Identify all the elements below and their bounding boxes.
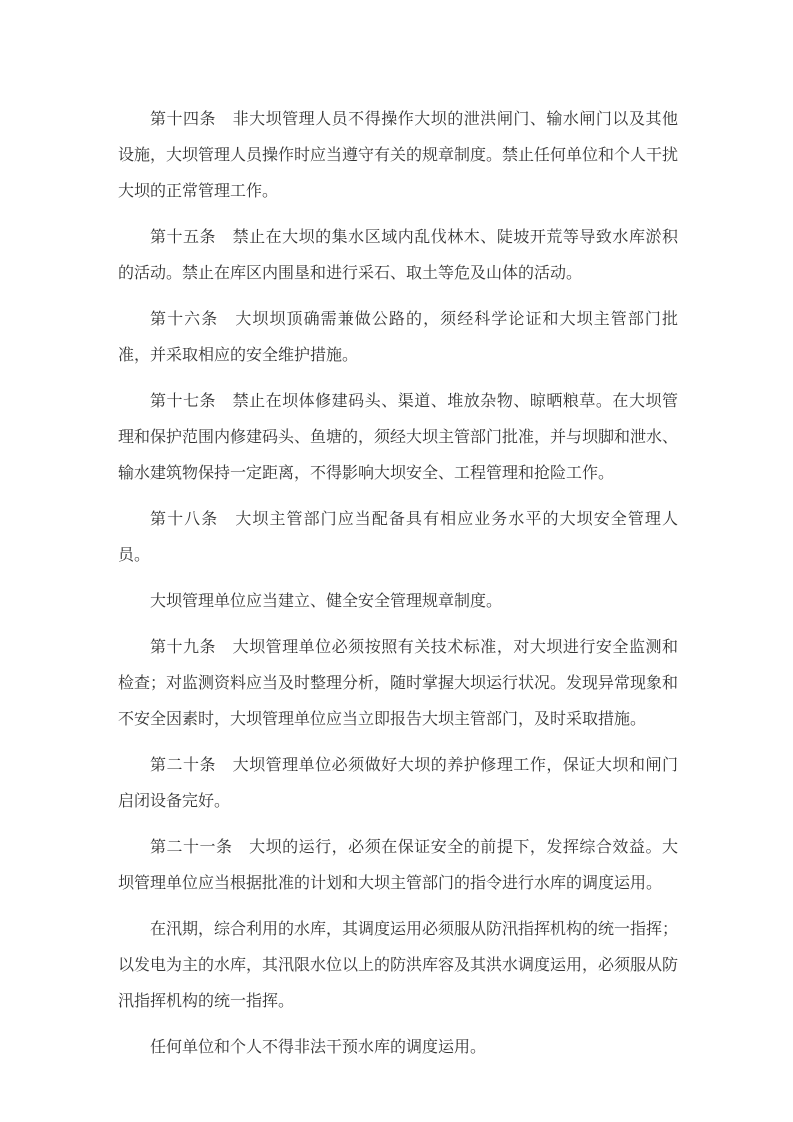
paragraph-article-14: 第十四条 非大坝管理人员不得操作大坝的泄洪闸门、输水闸门以及其他设施，大坝管理人… [118,102,678,210]
document-body: 第十四条 非大坝管理人员不得操作大坝的泄洪闸门、输水闸门以及其他设施，大坝管理人… [118,102,678,1066]
paragraph-article-19: 第十九条 大坝管理单位必须按照有关技术标准，对大坝进行安全监测和检查；对监测资料… [118,630,678,738]
paragraph-article-21-flood-season: 在汛期，综合利用的水库，其调度运用必须服从防汛指挥机构的统一指挥；以发电为主的水… [118,912,678,1020]
paragraph-text: 任何单位和个人不得非法干预水库的调度运用。 [150,1039,486,1056]
paragraph-article-21: 第二十一条 大坝的运行，必须在保证安全的前提下，发挥综合效益。大坝管理单位应当根… [118,830,678,902]
paragraph-text: 大坝管理单位应当建立、健全安全管理规章制度。 [150,593,502,610]
paragraph-article-18: 第十八条 大坝主管部门应当配备具有相应业务水平的大坝安全管理人员。 [118,502,678,574]
article-number: 第十四条 [150,111,233,128]
paragraph-text: 在汛期，综合利用的水库，其调度运用必须服从防汛指挥机构的统一指挥；以发电为主的水… [118,921,678,1010]
article-number: 第十五条 [150,229,233,246]
paragraph-article-16: 第十六条 大坝坝顶确需兼做公路的，须经科学论证和大坝主管部门批准，并采取相应的安… [118,302,678,374]
article-number: 第十七条 [150,393,233,410]
paragraph-article-20: 第二十条 大坝管理单位必须做好大坝的养护修理工作，保证大坝和闸门启闭设备完好。 [118,748,678,820]
article-number: 第二十一条 [150,839,249,856]
article-number: 第十六条 [150,311,235,328]
article-number: 第十九条 [150,639,233,656]
paragraph-article-21-no-interference: 任何单位和个人不得非法干预水库的调度运用。 [118,1030,678,1066]
document-page: 第十四条 非大坝管理人员不得操作大坝的泄洪闸门、输水闸门以及其他设施，大坝管理人… [0,0,793,1122]
article-number: 第二十条 [150,757,233,774]
paragraph-article-17: 第十七条 禁止在坝体修建码头、渠道、堆放杂物、晾晒粮草。在大坝管理和保护范围内修… [118,384,678,492]
paragraph-article-15: 第十五条 禁止在大坝的集水区域内乱伐林木、陡坡开荒等导致水库淤积的活动。禁止在库… [118,220,678,292]
paragraph-article-18-continued: 大坝管理单位应当建立、健全安全管理规章制度。 [118,584,678,620]
article-number: 第十八条 [150,511,235,528]
